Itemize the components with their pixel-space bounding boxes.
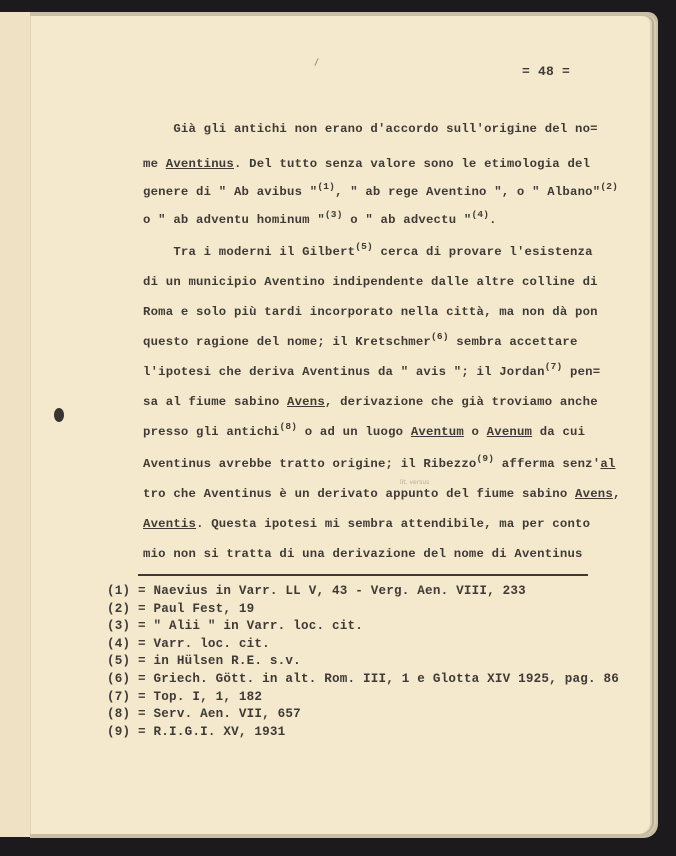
handwritten-note: lit. versus (400, 479, 429, 486)
text-run: mio non si tratta di una derivazione del… (143, 547, 583, 561)
footnote: (5) = in Hülsen R.E. s.v. (107, 654, 301, 668)
footnote-reference: (2) (600, 181, 618, 192)
text-run: . Del tutto senza valore sono le etimolo… (234, 157, 590, 171)
footnote: (3) = " Alii " in Varr. loc. cit. (107, 619, 363, 633)
text-line: o " ab adventu hominum "(3) o " ab advec… (143, 213, 497, 227)
text-run: da cui (532, 425, 585, 439)
footnote-text: = Serv. Aen. VII, 657 (138, 707, 301, 721)
text-run: o ad un luogo (297, 425, 411, 439)
text-line: Tra i moderni il Gilbert(5) cerca di pro… (143, 245, 593, 259)
footnote-number: (4) (107, 637, 138, 651)
footnote-number: (2) (107, 602, 138, 616)
text-run: sembra accettare (449, 335, 578, 349)
footnote: (1) = Naevius in Varr. LL V, 43 - Verg. … (107, 584, 526, 598)
text-run: presso gli antichi (143, 425, 279, 439)
text-run: tro che Aventinus è un derivato appunto … (143, 487, 575, 501)
text-run: cerca di provare l'esistenza (373, 245, 593, 259)
footnote-reference: (9) (477, 453, 495, 464)
footnote: (2) = Paul Fest, 19 (107, 602, 254, 616)
footnote: (8) = Serv. Aen. VII, 657 (107, 707, 301, 721)
footnote-text: = Griech. Gött. in alt. Rom. III, 1 e Gl… (138, 672, 619, 686)
text-run: pen= (562, 365, 600, 379)
text-run: . (489, 213, 497, 227)
footnote-number: (3) (107, 619, 138, 633)
footnote-text: = " Alii " in Varr. loc. cit. (138, 619, 363, 633)
footnote-number: (8) (107, 707, 138, 721)
text-line: di un municipio Aventino indipendente da… (143, 275, 598, 289)
text-line: mio non si tratta di una derivazione del… (143, 547, 583, 561)
footnote-number: (1) (107, 584, 138, 598)
underlined-term: Aventis (143, 517, 196, 531)
footnote-text: = Varr. loc. cit. (138, 637, 270, 651)
footnote-reference: (7) (545, 361, 563, 372)
footnote-reference: (3) (325, 209, 343, 220)
footnote-text: = Top. I, 1, 182 (138, 690, 262, 704)
footnote-reference: (8) (279, 421, 297, 432)
text-line: Già gli antichi non erano d'accordo sull… (143, 122, 598, 136)
text-run: genere di " Ab avibus " (143, 185, 317, 199)
footnote: (9) = R.I.G.I. XV, 1931 (107, 725, 285, 739)
text-line: genere di " Ab avibus "(1), " ab rege Av… (143, 185, 618, 199)
footnote-text: = Paul Fest, 19 (138, 602, 254, 616)
text-run: , (613, 487, 621, 501)
footnote-number: (5) (107, 654, 138, 668)
footnote-reference: (4) (471, 209, 489, 220)
underlined-term: Aventum (411, 425, 464, 439)
text-run: l'ipotesi che deriva Aventinus da " avis… (143, 365, 545, 379)
text-line: tro che Aventinus è un derivato appunto … (143, 487, 621, 501)
underlined-term: Avens (575, 487, 613, 501)
text-line: me Aventinus. Del tutto senza valore son… (143, 157, 590, 171)
text-run: o " ab adventu hominum " (143, 213, 325, 227)
footnote: (7) = Top. I, 1, 182 (107, 690, 262, 704)
text-run: Aventinus avrebbe tratto origine; il Rib… (143, 457, 477, 471)
text-run: , derivazione che già troviamo anche (325, 395, 598, 409)
footnote-reference: (5) (355, 241, 373, 252)
facing-page-edge (0, 12, 31, 837)
footnote-text: = Naevius in Varr. LL V, 43 - Verg. Aen.… (138, 584, 526, 598)
underlined-term: Avens (287, 395, 325, 409)
text-line: presso gli antichi(8) o ad un luogo Aven… (143, 425, 585, 439)
text-run: me (143, 157, 166, 171)
page-number: = 48 = (522, 64, 570, 79)
text-line: questo ragione del nome; il Kretschmer(6… (143, 335, 578, 349)
text-line: Aventinus avrebbe tratto origine; il Rib… (143, 457, 616, 471)
underlined-term: Aventinus (166, 157, 234, 171)
text-run: Già gli antichi non erano d'accordo sull… (143, 122, 598, 136)
text-line: sa al fiume sabino Avens, derivazione ch… (143, 395, 598, 409)
underlined-term: al (600, 457, 615, 471)
text-run: Roma e solo più tardi incorporato nella … (143, 305, 598, 319)
text-run: o (464, 425, 487, 439)
binding-hole (54, 408, 64, 422)
text-run: . Questa ipotesi mi sembra attendibile, … (196, 517, 590, 531)
text-line: Roma e solo più tardi incorporato nella … (143, 305, 598, 319)
underlined-term: Avenum (487, 425, 532, 439)
text-line: l'ipotesi che deriva Aventinus da " avis… (143, 365, 600, 379)
footnote-text: = in Hülsen R.E. s.v. (138, 654, 301, 668)
footnote-number: (7) (107, 690, 138, 704)
footnote: (4) = Varr. loc. cit. (107, 637, 270, 651)
footnote-number: (9) (107, 725, 138, 739)
text-run: Tra i moderni il Gilbert (143, 245, 355, 259)
text-line: Aventis. Questa ipotesi mi sembra attend… (143, 517, 590, 531)
footnote-text: = R.I.G.I. XV, 1931 (138, 725, 285, 739)
footnote-number: (6) (107, 672, 138, 686)
text-run: , " ab rege Aventino ", o " Albano" (335, 185, 600, 199)
text-run: afferma senz' (494, 457, 600, 471)
text-run: sa al fiume sabino (143, 395, 287, 409)
footnote-separator (138, 574, 588, 576)
text-run: o " ab advectu " (343, 213, 472, 227)
text-run: questo ragione del nome; il Kretschmer (143, 335, 431, 349)
footnote: (6) = Griech. Gött. in alt. Rom. III, 1 … (107, 672, 619, 686)
footnote-reference: (6) (431, 331, 449, 342)
text-run: di un municipio Aventino indipendente da… (143, 275, 598, 289)
footnote-reference: (1) (317, 181, 335, 192)
